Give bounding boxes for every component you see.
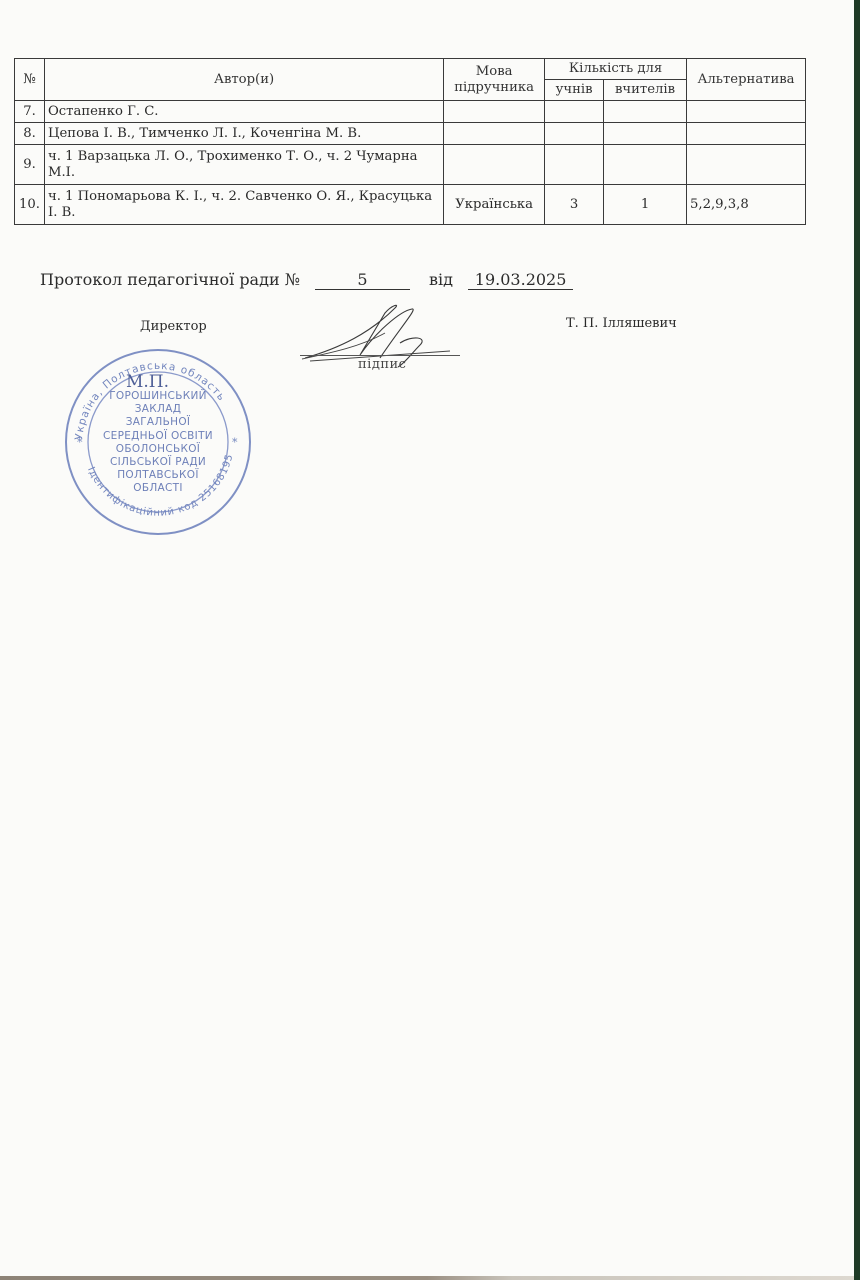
stamp-mp-label: М.П. [126, 372, 169, 392]
stamp-text: ГОРОШИНСЬКИЙ ЗАКЛАД ЗАГАЛЬНОЇ СЕРЕДНЬОЇ … [60, 390, 256, 496]
row-authors: Остапенко Г. С. [44, 101, 443, 123]
stamp-line: СІЛЬСЬКОЇ РАДИ [60, 456, 256, 469]
stamp-line: ЗАГАЛЬНОЇ [60, 416, 256, 429]
header-alternative: Альтернатива [687, 59, 806, 101]
scan-bottom-edge [0, 1276, 854, 1280]
table-row: 9. ч. 1 Варзацька Л. О., Трохименко Т. О… [15, 145, 806, 185]
row-alternative [687, 101, 806, 123]
director-name: Т. П. Ілляшевич [566, 316, 677, 331]
row-number: 7. [15, 101, 45, 123]
signature-label: підпис [358, 357, 406, 372]
row-teachers [604, 123, 687, 145]
header-quantity: Кількість для [545, 59, 687, 80]
row-authors: ч. 1 Варзацька Л. О., Трохименко Т. О., … [44, 145, 443, 185]
protocol-number: 5 [315, 270, 410, 290]
header-teachers: вчителів [604, 80, 687, 101]
director-label: Директор [140, 319, 207, 334]
row-students [545, 145, 604, 185]
page-edge-shadow [854, 0, 860, 1280]
header-authors: Автор(и) [44, 59, 443, 101]
header-number: № [15, 59, 45, 101]
row-alternative [687, 123, 806, 145]
stamp-line: ОБЛАСТІ [60, 482, 256, 495]
header-students: учнів [545, 80, 604, 101]
stamp-line: СЕРЕДНЬОЇ ОСВІТИ [60, 430, 256, 443]
header-language: Мова підручника [444, 59, 545, 101]
row-language [444, 123, 545, 145]
table-row: 7. Остапенко Г. С. [15, 101, 806, 123]
row-students: 3 [545, 185, 604, 225]
row-number: 10. [15, 185, 45, 225]
table-row: 10. ч. 1 Пономарьова К. І., ч. 2. Савчен… [15, 185, 806, 225]
stamp-line: ОБОЛОНСЬКОЇ [60, 443, 256, 456]
row-teachers [604, 101, 687, 123]
row-number: 9. [15, 145, 45, 185]
protocol-date: 19.03.2025 [468, 270, 573, 290]
row-teachers [604, 145, 687, 185]
row-number: 8. [15, 123, 45, 145]
protocol-line: Протокол педагогічної ради № 5 від 19.03… [40, 270, 573, 290]
stamp-line: ЗАКЛАД [60, 403, 256, 416]
row-language: Українська [444, 185, 545, 225]
signature-line [300, 355, 460, 356]
textbook-table: № Автор(и) Мова підручника Кількість для… [14, 58, 806, 225]
row-language [444, 101, 545, 123]
stamp-line: ГОРОШИНСЬКИЙ [60, 390, 256, 403]
row-language [444, 145, 545, 185]
protocol-from-label: від [429, 270, 453, 289]
row-students [545, 123, 604, 145]
row-alternative [687, 145, 806, 185]
row-alternative: 5,2,9,3,8 [687, 185, 806, 225]
protocol-label: Протокол педагогічної ради № [40, 270, 300, 289]
row-students [545, 101, 604, 123]
table-row: 8. Цепова І. В., Тимченко Л. І., Коченгі… [15, 123, 806, 145]
row-authors: ч. 1 Пономарьова К. І., ч. 2. Савченко О… [44, 185, 443, 225]
row-teachers: 1 [604, 185, 687, 225]
row-authors: Цепова І. В., Тимченко Л. І., Коченгіна … [44, 123, 443, 145]
stamp-line: ПОЛТАВСЬКОЇ [60, 469, 256, 482]
